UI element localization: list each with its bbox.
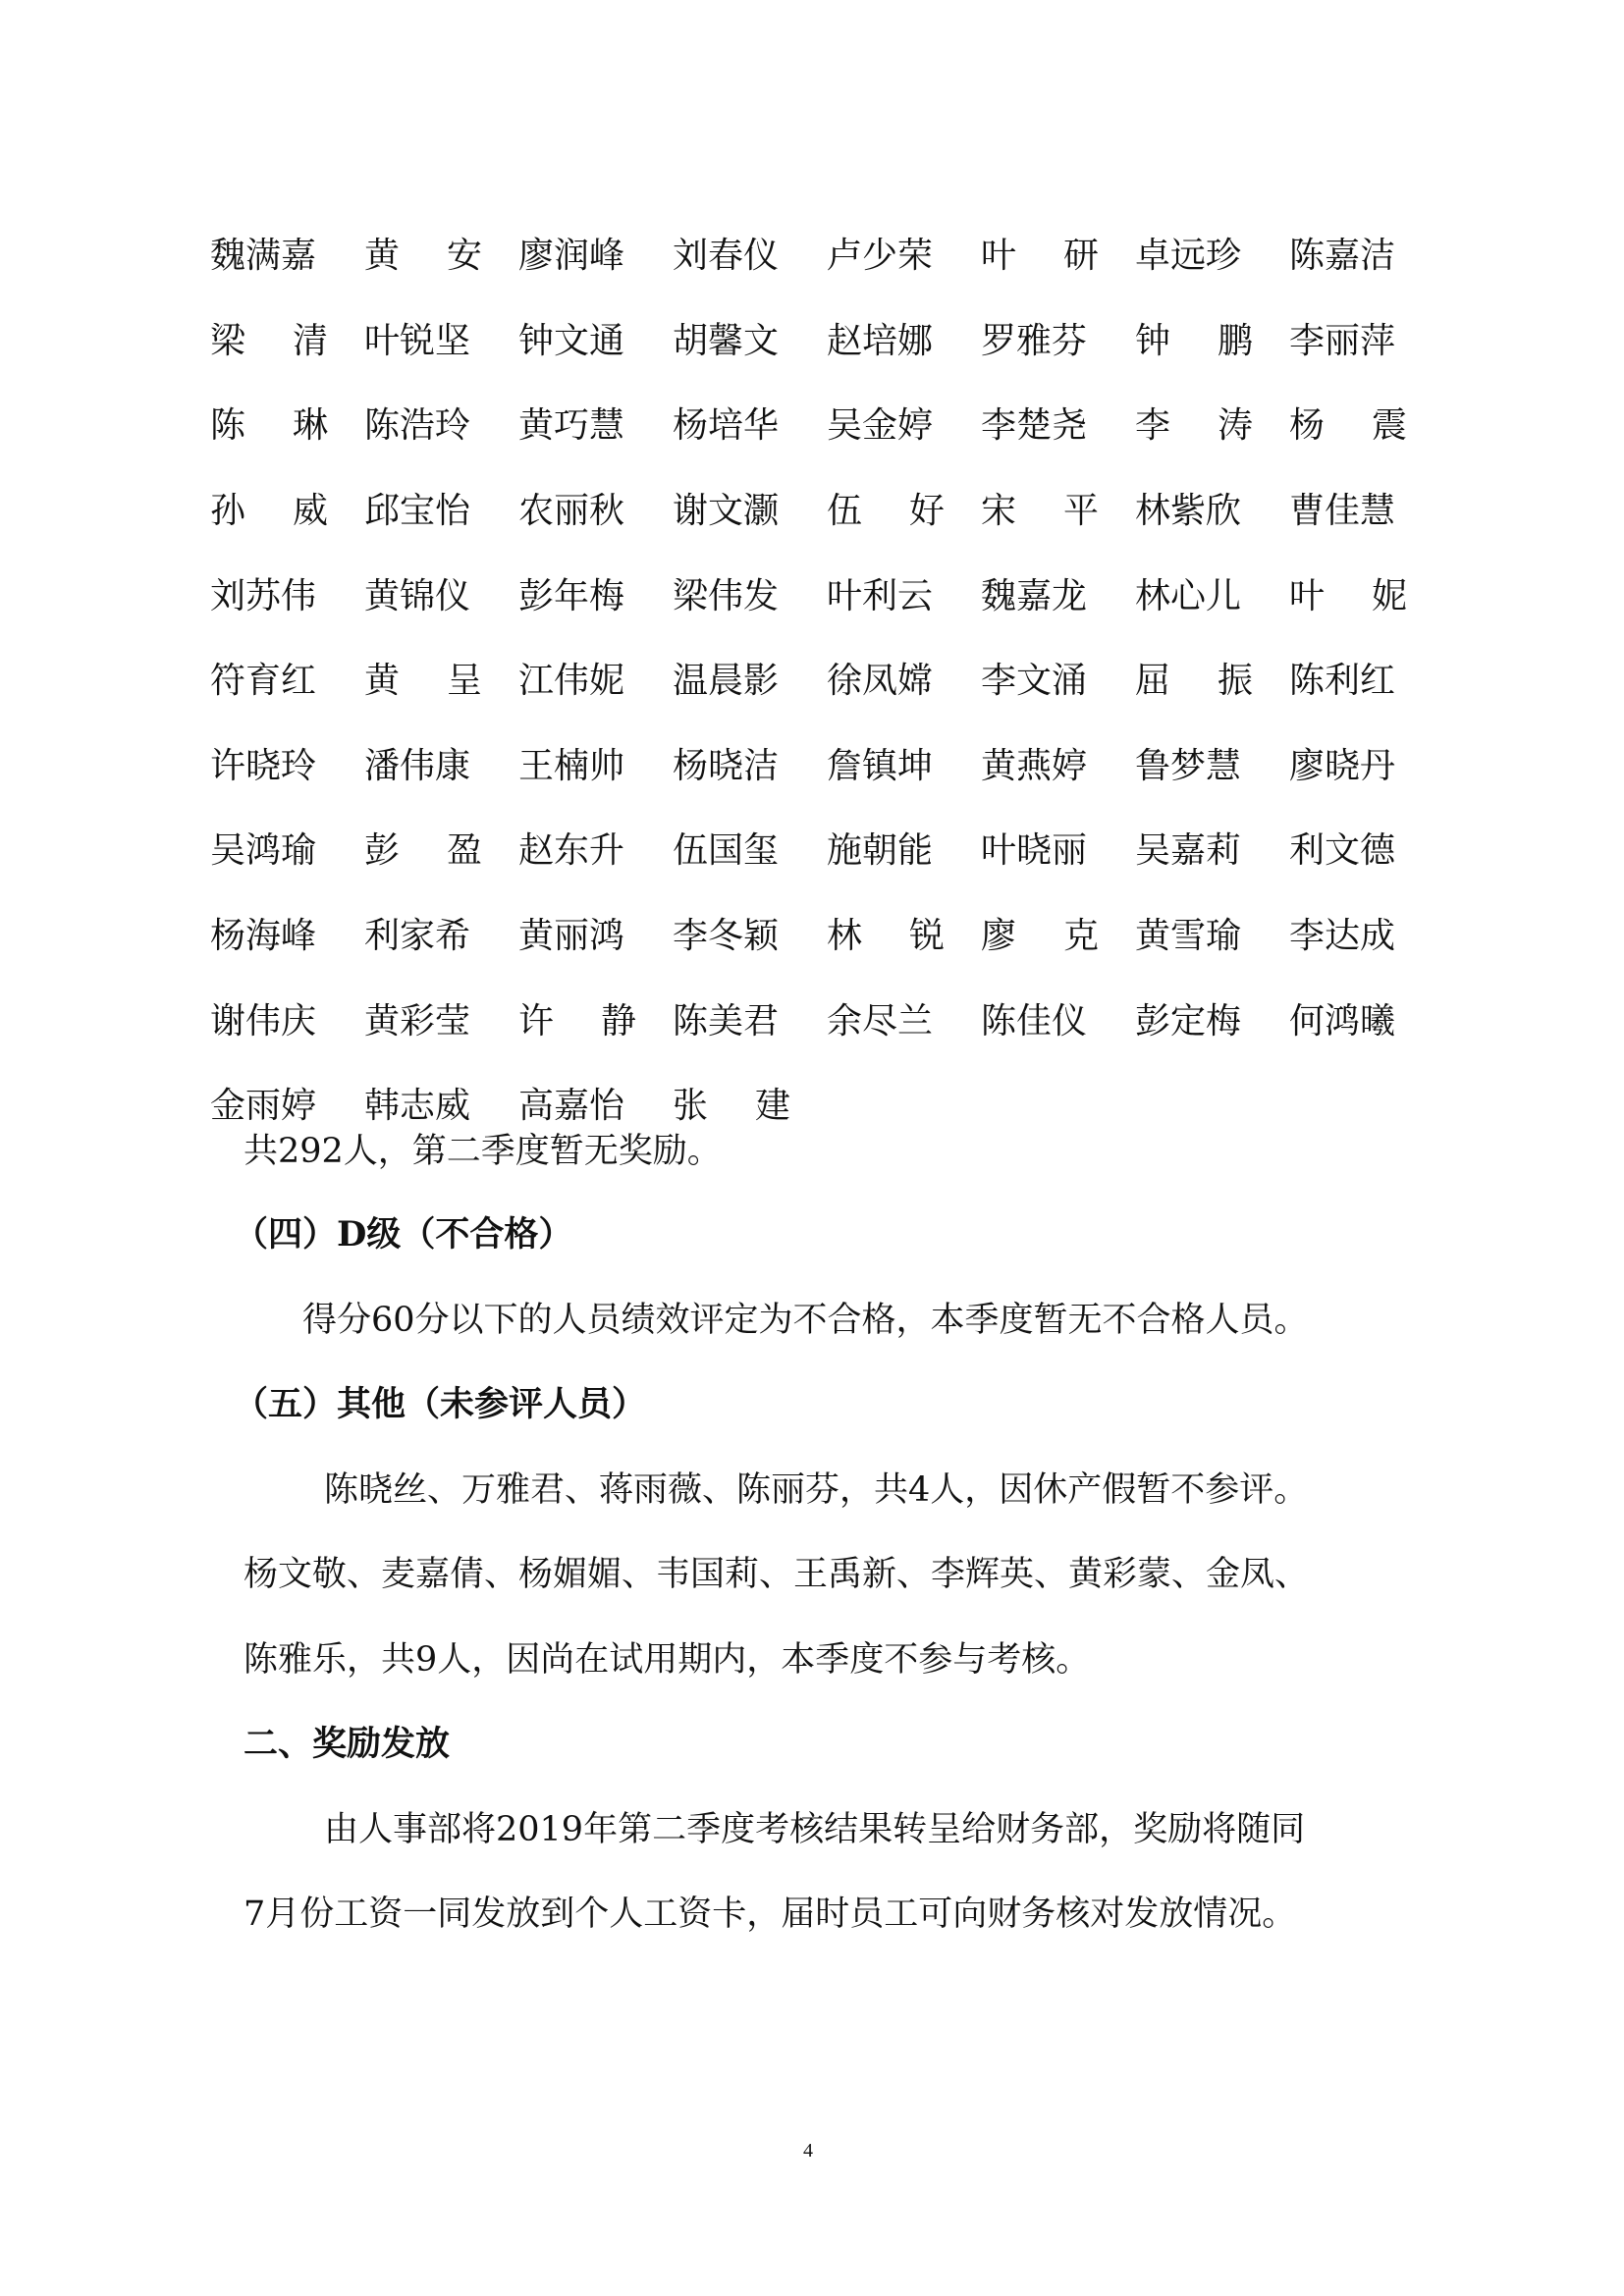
name-cell: 曹佳慧: [1289, 492, 1443, 531]
name-cell: 杨培华: [673, 406, 827, 446]
page-number: 4: [803, 2140, 813, 2163]
other-line-3: 陈雅乐，共9人，因尚在试用期内，本季度不参与考核。: [244, 1640, 1090, 1680]
name-row: 魏满嘉黄安廖润峰刘春仪卢少荣叶研卓远珍陈嘉洁: [210, 214, 1428, 299]
name-row: 许晓玲潘伟康王楠帅杨晓洁詹镇坤黄燕婷鲁梦慧廖晓丹: [210, 724, 1428, 810]
name-cell: 李冬颖: [673, 917, 827, 956]
name-cell: 屈振: [1135, 662, 1253, 701]
name-cell: 林紫欣: [1135, 492, 1289, 531]
name-cell: 陈琳: [210, 406, 328, 446]
name-cell: 陈利红: [1289, 662, 1443, 701]
name-cell: 许晓玲: [210, 747, 364, 786]
name-cell: 梁伟发: [673, 577, 827, 616]
name-cell: 陈浩玲: [364, 406, 518, 446]
name-cell: 梁清: [210, 322, 328, 361]
name-cell: 金雨婷: [210, 1087, 364, 1126]
name-cell: 施朝能: [827, 831, 981, 871]
name-cell: 黄安: [364, 237, 482, 276]
name-cell: 钟文通: [518, 322, 673, 361]
name-cell: 胡馨文: [673, 322, 827, 361]
name-row: 刘苏伟黄锦仪彭年梅梁伟发叶利云魏嘉龙林心儿叶妮: [210, 554, 1428, 639]
name-cell: 伍好: [827, 492, 945, 531]
name-cell: 谢伟庆: [210, 1002, 364, 1041]
name-cell: 林锐: [827, 917, 945, 956]
name-cell: 鲁梦慧: [1135, 747, 1289, 786]
name-cell: 高嘉怡: [518, 1087, 673, 1126]
name-cell: 罗雅芬: [981, 322, 1135, 361]
name-cell: 符育红: [210, 662, 364, 701]
name-cell: 李丽萍: [1289, 322, 1443, 361]
name-cell: 彭定梅: [1135, 1002, 1289, 1041]
name-cell: 许静: [518, 1002, 636, 1041]
name-cell: 廖润峰: [518, 237, 673, 276]
section-d-heading: （四）D级（不合格）: [234, 1215, 572, 1255]
name-cell: 吴金婷: [827, 406, 981, 446]
name-cell: 王楠帅: [518, 747, 673, 786]
name-cell: 卢少荣: [827, 237, 981, 276]
name-cell: 赵培娜: [827, 322, 981, 361]
name-cell: 陈嘉洁: [1289, 237, 1443, 276]
name-cell: 江伟妮: [518, 662, 673, 701]
name-cell: 谢文灏: [673, 492, 827, 531]
name-cell: 余尽兰: [827, 1002, 981, 1041]
name-cell: 魏满嘉: [210, 237, 364, 276]
name-row: 谢伟庆黄彩莹许静陈美君余尽兰陈佳仪彭定梅何鸿曦: [210, 979, 1428, 1064]
name-cell: 廖晓丹: [1289, 747, 1443, 786]
other-line-1: 陈晓丝、万雅君、蒋雨薇、陈丽芬，共4人，因休产假暂不参评。: [324, 1470, 1308, 1510]
name-cell: 张建: [673, 1087, 790, 1126]
name-cell: 叶锐坚: [364, 322, 518, 361]
section-d-text: 得分60分以下的人员绩效评定为不合格，本季度暂无不合格人员。: [302, 1301, 1309, 1340]
name-cell: 潘伟康: [364, 747, 518, 786]
name-cell: 黄锦仪: [364, 577, 518, 616]
name-cell: 韩志威: [364, 1087, 518, 1126]
name-cell: 徐凤嫦: [827, 662, 981, 701]
name-cell: 吴嘉莉: [1135, 831, 1289, 871]
section-other-heading: （五）其他（未参评人员）: [234, 1385, 646, 1424]
name-cell: 利家希: [364, 917, 518, 956]
name-cell: 赵东升: [518, 831, 673, 871]
name-cell: 温晨影: [673, 662, 827, 701]
name-cell: 利文德: [1289, 831, 1443, 871]
name-cell: 李达成: [1289, 917, 1443, 956]
name-row: 杨海峰利家希黄丽鸿李冬颖林锐廖克黄雪瑜李达成: [210, 894, 1428, 980]
name-cell: 农丽秋: [518, 492, 673, 531]
name-row: 陈琳陈浩玲黄巧慧杨培华吴金婷李楚尧李涛杨震: [210, 384, 1428, 469]
name-cell: 孙威: [210, 492, 328, 531]
name-cell: 叶妮: [1289, 577, 1407, 616]
name-cell: 黄雪瑜: [1135, 917, 1289, 956]
name-cell: 李文涌: [981, 662, 1135, 701]
section-2-line-1: 由人事部将2019年第二季度考核结果转呈给财务部，奖励将随同: [324, 1810, 1305, 1849]
summary-c-text: 共292人，第二季度暂无奖励。: [244, 1132, 722, 1171]
name-cell: 刘春仪: [673, 237, 827, 276]
name-cell: 叶研: [981, 237, 1099, 276]
name-cell: 彭年梅: [518, 577, 673, 616]
name-cell: 何鸿曦: [1289, 1002, 1443, 1041]
name-cell: 詹镇坤: [827, 747, 981, 786]
name-cell: 叶利云: [827, 577, 981, 616]
name-cell: 黄巧慧: [518, 406, 673, 446]
name-cell: 叶晓丽: [981, 831, 1135, 871]
name-row: 吴鸿瑜彭盈赵东升伍国玺施朝能叶晓丽吴嘉莉利文德: [210, 809, 1428, 894]
name-cell: 杨震: [1289, 406, 1407, 446]
name-row: 孙威邱宝怡农丽秋谢文灏伍好宋平林紫欣曹佳慧: [210, 469, 1428, 555]
name-cell: 卓远珍: [1135, 237, 1289, 276]
other-line-2: 杨文敬、麦嘉倩、杨媚媚、韦国莉、王禹新、李辉英、黄彩蒙、金凤、: [244, 1555, 1309, 1594]
name-cell: 陈佳仪: [981, 1002, 1135, 1041]
section-2-line-2: 7月份工资一同发放到个人工资卡，届时员工可向财务核对发放情况。: [244, 1895, 1296, 1934]
name-cell: 黄丽鸿: [518, 917, 673, 956]
name-cell: 吴鸿瑜: [210, 831, 364, 871]
name-cell: 黄彩莹: [364, 1002, 518, 1041]
name-cell: 李楚尧: [981, 406, 1135, 446]
name-cell: 钟鹏: [1135, 322, 1253, 361]
name-cell: 伍国玺: [673, 831, 827, 871]
name-row: 梁清叶锐坚钟文通胡馨文赵培娜罗雅芬钟鹏李丽萍: [210, 299, 1428, 385]
name-cell: 彭盈: [364, 831, 482, 871]
name-cell: 李涛: [1135, 406, 1253, 446]
name-cell: 廖克: [981, 917, 1099, 956]
name-cell: 宋平: [981, 492, 1099, 531]
name-cell: 林心儿: [1135, 577, 1289, 616]
name-cell: 邱宝怡: [364, 492, 518, 531]
name-cell: 魏嘉龙: [981, 577, 1135, 616]
name-cell: 刘苏伟: [210, 577, 364, 616]
name-cell: 陈美君: [673, 1002, 827, 1041]
name-cell: 杨海峰: [210, 917, 364, 956]
name-row: 符育红黄呈江伟妮温晨影徐凤嫦李文涌屈振陈利红: [210, 639, 1428, 724]
name-cell: 黄燕婷: [981, 747, 1135, 786]
name-cell: 黄呈: [364, 662, 482, 701]
section-2-heading: 二、奖励发放: [244, 1725, 450, 1764]
name-list-grid: 魏满嘉黄安廖润峰刘春仪卢少荣叶研卓远珍陈嘉洁梁清叶锐坚钟文通胡馨文赵培娜罗雅芬钟…: [210, 214, 1428, 1149]
name-cell: 杨晓洁: [673, 747, 827, 786]
